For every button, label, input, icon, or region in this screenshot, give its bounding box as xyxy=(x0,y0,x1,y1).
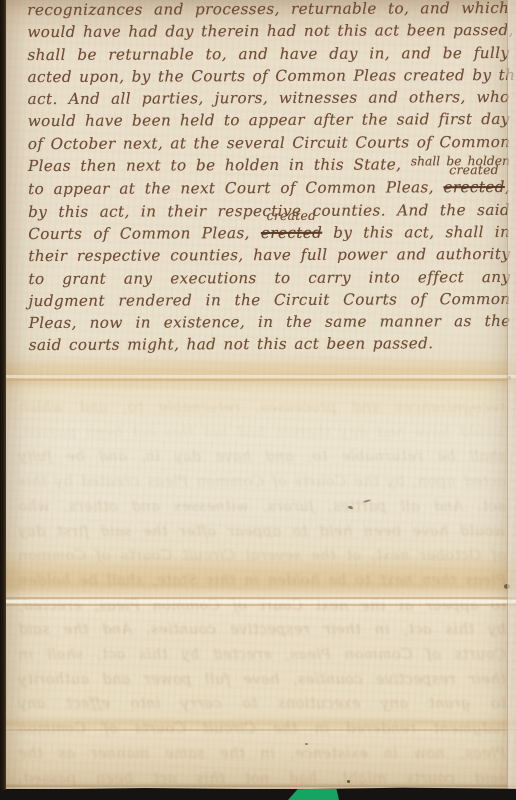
paper-sheet: recognizances and processes, returnable … xyxy=(6,0,516,789)
manuscript-line: Courts of Common Pleas, erectedcreated b… xyxy=(28,221,510,245)
manuscript-line: their respective counties, have full pow… xyxy=(28,243,510,267)
manuscript-line: act. And all parties, jurors, witnesses … xyxy=(18,495,506,520)
manuscript-line: said courts might, had not this act been… xyxy=(18,767,506,789)
manuscript-photo: recognizances and processes, returnable … xyxy=(0,0,516,800)
fold-crease-top xyxy=(6,375,516,378)
manuscript-lines: recognizances and processes, returnable … xyxy=(27,0,511,357)
manuscript-line: judgment rendered in the Circuit Courts … xyxy=(18,717,506,742)
manuscript-line: Pleas then next to be holden in this Sta… xyxy=(28,153,510,178)
bleedthrough-text: recognizances and processes, returnable … xyxy=(18,396,506,789)
manuscript-line: of October next, at the several Circuit … xyxy=(28,131,510,155)
manuscript-line: to grant any executions to carry into ef… xyxy=(28,266,510,290)
manuscript-line: shall be returnable to, and have day in,… xyxy=(27,42,509,66)
manuscript-line: shall be returnable to, and have day in,… xyxy=(18,445,506,470)
manuscript-line: to appear at the next Court of Common Pl… xyxy=(28,176,510,200)
inserted-correction: created xyxy=(449,164,499,176)
manuscript-line: would have been held to appear after the… xyxy=(28,108,510,132)
struck-word: erectedcreated xyxy=(261,222,322,245)
fold-crease-top-shadow xyxy=(6,379,516,381)
manuscript-line: by this act, in their respective countie… xyxy=(18,618,506,643)
manuscript-line: Pleas then next to be holden in this Sta… xyxy=(18,569,506,594)
manuscript-line: acted upon, by the Courts of Common Plea… xyxy=(18,470,506,495)
manuscript-line: Courts of Common Pleas, erected by this … xyxy=(18,643,506,668)
manuscript-line: Pleas, now in existence, in the same man… xyxy=(18,742,506,767)
manuscript-line: to grant any executions to carry into ef… xyxy=(18,692,506,717)
manuscript-line: of October next, at the several Circuit … xyxy=(18,544,506,569)
green-tab xyxy=(288,789,339,800)
manuscript-line: would have had day therein had not this … xyxy=(18,421,506,446)
manuscript-line: recognizances and processes, returnable … xyxy=(18,396,506,421)
manuscript-line: to appear at the next Court of Common Pl… xyxy=(18,594,506,619)
adjacent-page-edge xyxy=(507,0,516,789)
manuscript-line: judgment rendered in the Circuit Courts … xyxy=(28,288,510,312)
manuscript-line: said courts might, had not this act been… xyxy=(29,332,511,356)
manuscript-line: would have had day therein had not this … xyxy=(27,19,509,43)
manuscript-line: acted upon, by the Courts of Common Plea… xyxy=(28,64,510,88)
manuscript-line: their respective counties, have full pow… xyxy=(18,668,506,693)
manuscript-line: would have been held to appear after the… xyxy=(18,520,506,545)
manuscript-line: recognizances and processes, returnable … xyxy=(27,0,509,21)
struck-word: erectedcreated xyxy=(443,176,504,199)
inserted-correction: created xyxy=(267,210,317,222)
manuscript-line: act. And all parties, jurors, witnesses … xyxy=(28,86,510,110)
manuscript-line: Pleas, now in existence, in the same man… xyxy=(29,310,511,334)
